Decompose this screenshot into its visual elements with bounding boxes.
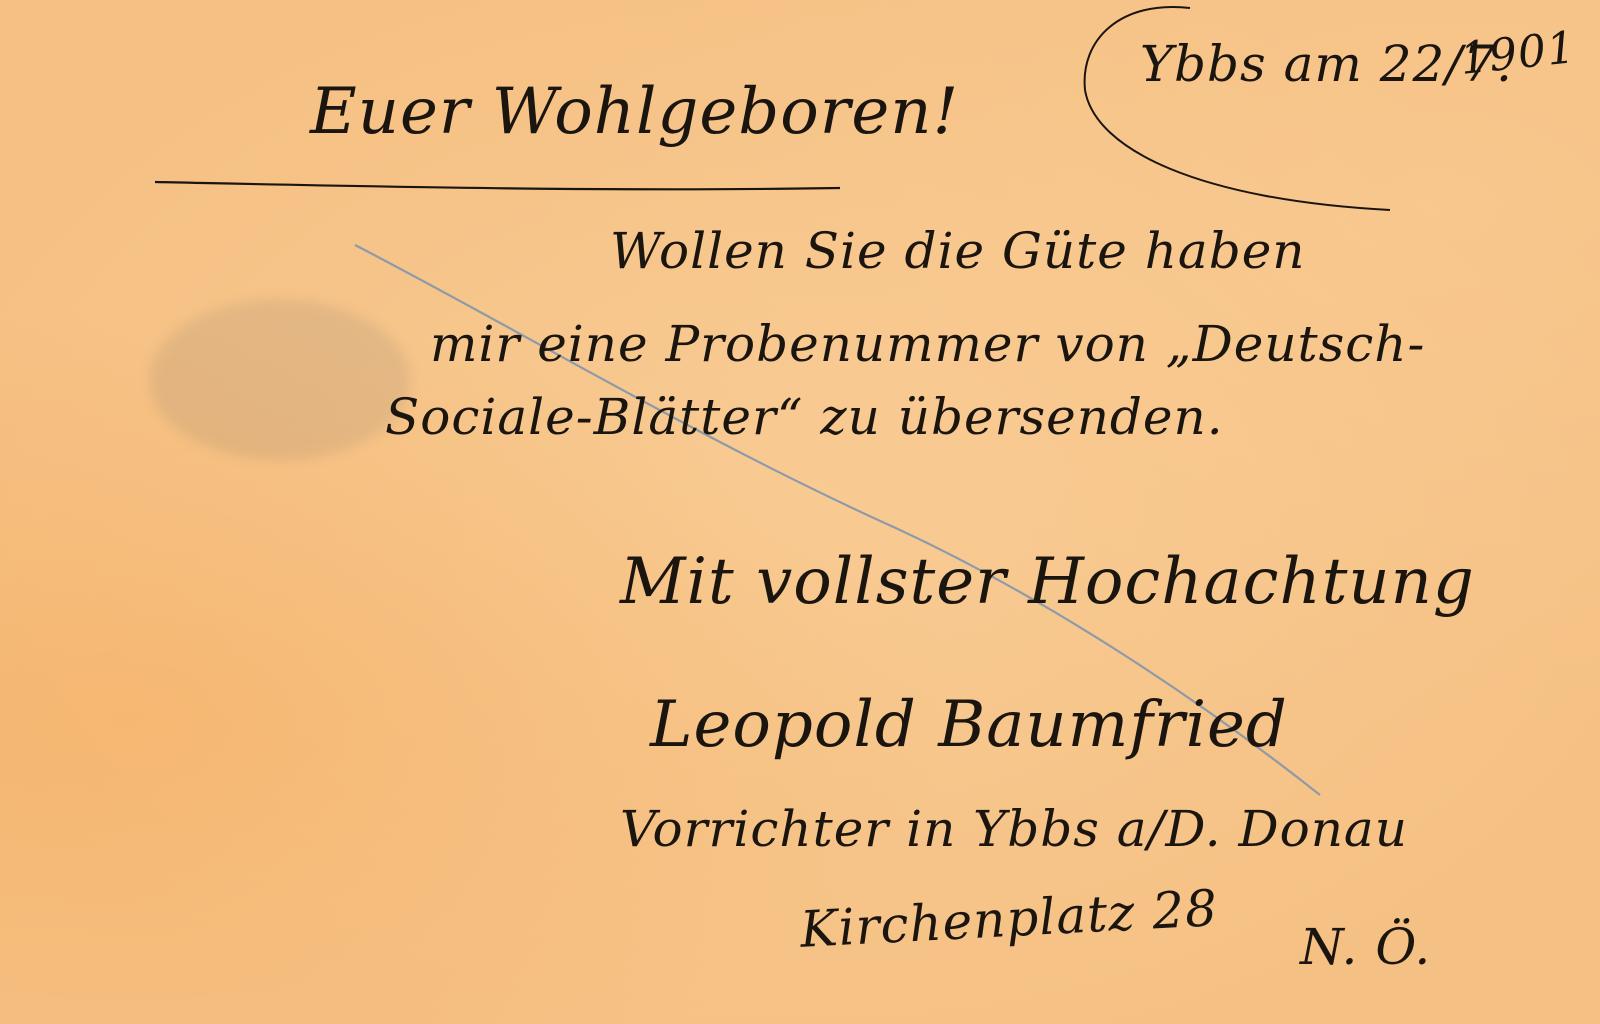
pen-flourishes [0, 0, 1600, 1024]
body-line-2: mir eine Probenummer von „Deutsch- [430, 315, 1425, 373]
salutation-underline [155, 182, 840, 189]
salutation: Euer Wohlgeboren! [310, 75, 959, 149]
sender-region: N. Ö. [1300, 918, 1431, 976]
body-line-3: Sociale-Blätter“ zu übersenden. [385, 388, 1224, 446]
place-date: Ybbs am 22/7. [1140, 35, 1513, 93]
body-line-1: Wollen Sie die Güte haben [610, 222, 1306, 280]
postcard: Euer Wohlgeboren! Ybbs am 22/7. 1901 Wol… [0, 0, 1600, 1024]
closing: Mit vollster Hochachtung [620, 545, 1475, 619]
signature: Leopold Baumfried [650, 688, 1288, 762]
sender-occupation: Vorrichter in Ybbs a/D. Donau [620, 800, 1408, 858]
